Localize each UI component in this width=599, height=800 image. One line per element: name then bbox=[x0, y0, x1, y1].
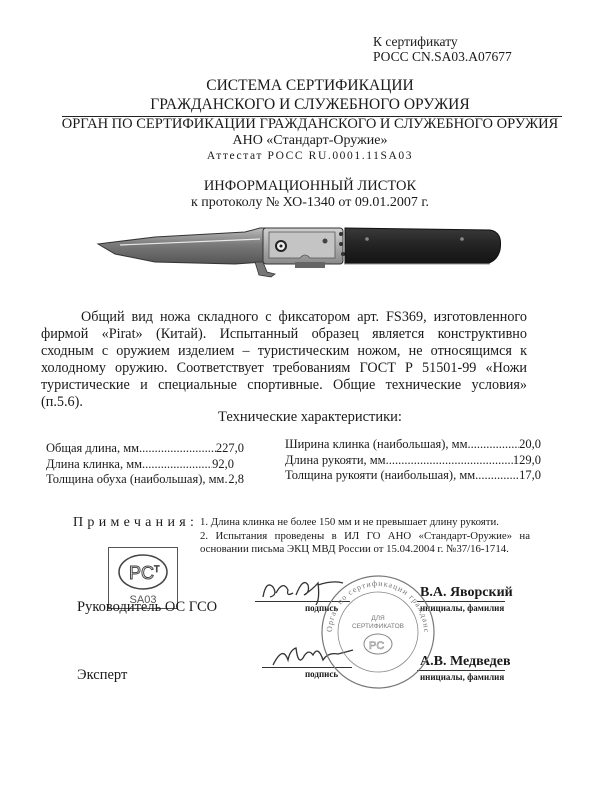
official-stamp: Орган по сертификации гражданского и слу… bbox=[318, 572, 438, 692]
spec-value: 2,8 bbox=[228, 472, 244, 488]
stamp-seal-icon: Орган по сертификации гражданского и слу… bbox=[318, 572, 438, 692]
spec-value: 227,0 bbox=[216, 441, 244, 457]
spec-label: Длина клинка, мм bbox=[46, 457, 142, 473]
certification-organ: ОРГАН ПО СЕРТИФИКАЦИИ ГРАЖДАНСКОГО И СЛУ… bbox=[0, 116, 599, 133]
spec-value: 92,0 bbox=[212, 457, 234, 473]
specs-left-column: Общая длина, мм227,0 Длина клинка, мм92,… bbox=[46, 441, 244, 488]
svg-text:PC: PC bbox=[129, 563, 154, 583]
protocol-reference: к протоколу № ХО-1340 от 09.01.2007 г. bbox=[0, 195, 599, 211]
system-title-line-1: СИСТЕМА СЕРТИФИКАЦИИ bbox=[0, 77, 599, 95]
document-title: ИНФОРМАЦИОННЫЙ ЛИСТОК bbox=[0, 178, 599, 195]
reference-line-1: К сертификату bbox=[373, 34, 512, 49]
signer-role-head: Руководитель ОС ГСО bbox=[77, 599, 217, 616]
knife-photo bbox=[95, 222, 505, 278]
system-title-line-2: ГРАЖДАНСКОГО И СЛУЖЕБНОГО ОРУЖИЯ bbox=[0, 96, 599, 114]
spec-row: Общая длина, мм227,0 bbox=[46, 441, 244, 457]
spec-label: Толщина рукояти (наибольшая), мм bbox=[285, 468, 475, 484]
certificate-reference: К сертификату РОСС CN.SA03.A07677 bbox=[373, 34, 512, 64]
notes-label: Примечания: bbox=[73, 515, 198, 531]
spec-row: Толщина обуха (наибольшая), мм2,8 bbox=[46, 472, 244, 488]
organization-name: АНО «Стандарт-Оружие» bbox=[0, 133, 599, 149]
spec-row: Ширина клинка (наибольшая), мм20,0 bbox=[285, 437, 541, 453]
spec-label: Ширина клинка (наибольшая), мм bbox=[285, 437, 467, 453]
spec-label: Толщина обуха (наибольшая), мм bbox=[46, 472, 224, 488]
specs-title: Технические характеристики: bbox=[0, 409, 599, 426]
signer-role-expert: Эксперт bbox=[77, 667, 127, 684]
product-description: Общий вид ножа складного с фиксатором ар… bbox=[41, 309, 527, 411]
specs-right-column: Ширина клинка (наибольшая), мм20,0 Длина… bbox=[285, 437, 541, 484]
spec-value: 17,0 bbox=[519, 468, 541, 484]
reference-certificate-number: РОСС CN.SA03.A07677 bbox=[373, 49, 512, 64]
svg-text:ДЛЯСЕРТИФИКАТОВ: ДЛЯСЕРТИФИКАТОВ bbox=[352, 615, 404, 630]
note-item: 2. Испытания проведены в ИЛ ГО АНО «Стан… bbox=[200, 530, 530, 557]
svg-text:PC: PC bbox=[369, 640, 384, 652]
spec-row: Толщина рукояти (наибольшая), мм17,0 bbox=[285, 468, 541, 484]
spec-row: Длина клинка, мм92,0 bbox=[46, 457, 234, 473]
spec-row: Длина рукояти, мм129,0 bbox=[285, 453, 541, 469]
note-item: 1. Длина клинка не более 150 мм и не пре… bbox=[200, 516, 530, 530]
attestat-number: Аттестат РОСС RU.0001.11SA03 bbox=[0, 150, 599, 162]
spec-label: Общая длина, мм bbox=[46, 441, 139, 457]
spec-value: 20,0 bbox=[519, 437, 541, 453]
svg-text:T: T bbox=[154, 564, 160, 574]
notes-list: 1. Длина клинка не более 150 мм и не пре… bbox=[200, 516, 530, 557]
spec-value: 129,0 bbox=[513, 453, 541, 469]
spec-label: Длина рукояти, мм bbox=[285, 453, 386, 469]
